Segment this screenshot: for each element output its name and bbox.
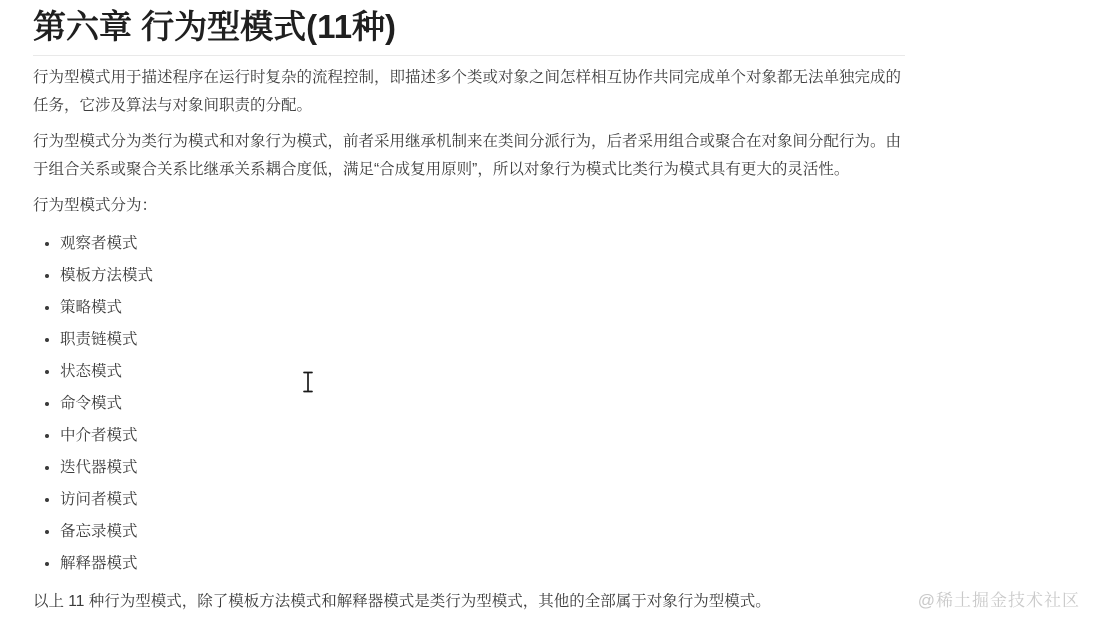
text-cursor-icon [301, 370, 315, 394]
document-content: 第六章 行为型模式(11种) 行为型模式用于描述程序在运行时复杂的流程控制，即描… [0, 0, 905, 616]
list-item-interpreter: 解释器模式 [60, 548, 905, 580]
summary-paragraph: 以上 11 种行为型模式，除了模板方法模式和解释器模式是类行为型模式，其他的全部… [33, 588, 905, 616]
pattern-list: 观察者模式 模板方法模式 策略模式 职责链模式 状态模式 命令模式 中介者模式 … [33, 228, 905, 580]
list-item-chain-of-responsibility: 职责链模式 [60, 324, 905, 356]
list-item-iterator: 迭代器模式 [60, 452, 905, 484]
list-item-command: 命令模式 [60, 388, 905, 420]
list-item-observer: 观察者模式 [60, 228, 905, 260]
watermark: @稀土掘金技术社区 [918, 586, 1080, 611]
list-intro: 行为型模式分为： [33, 192, 905, 220]
list-item-template-method: 模板方法模式 [60, 260, 905, 292]
paragraph-classification: 行为型模式分为类行为模式和对象行为模式，前者采用继承机制来在类间分派行为，后者采… [33, 128, 905, 184]
list-item-visitor: 访问者模式 [60, 484, 905, 516]
page-title: 第六章 行为型模式(11种) [33, 8, 905, 55]
document-page: 第六章 行为型模式(11种) 行为型模式用于描述程序在运行时复杂的流程控制，即描… [0, 0, 1096, 620]
list-item-memento: 备忘录模式 [60, 516, 905, 548]
list-item-strategy: 策略模式 [60, 292, 905, 324]
title-divider [33, 55, 905, 56]
paragraph-overview: 行为型模式用于描述程序在运行时复杂的流程控制，即描述多个类或对象之间怎样相互协作… [33, 64, 905, 120]
list-item-mediator: 中介者模式 [60, 420, 905, 452]
list-item-state: 状态模式 [60, 356, 905, 388]
